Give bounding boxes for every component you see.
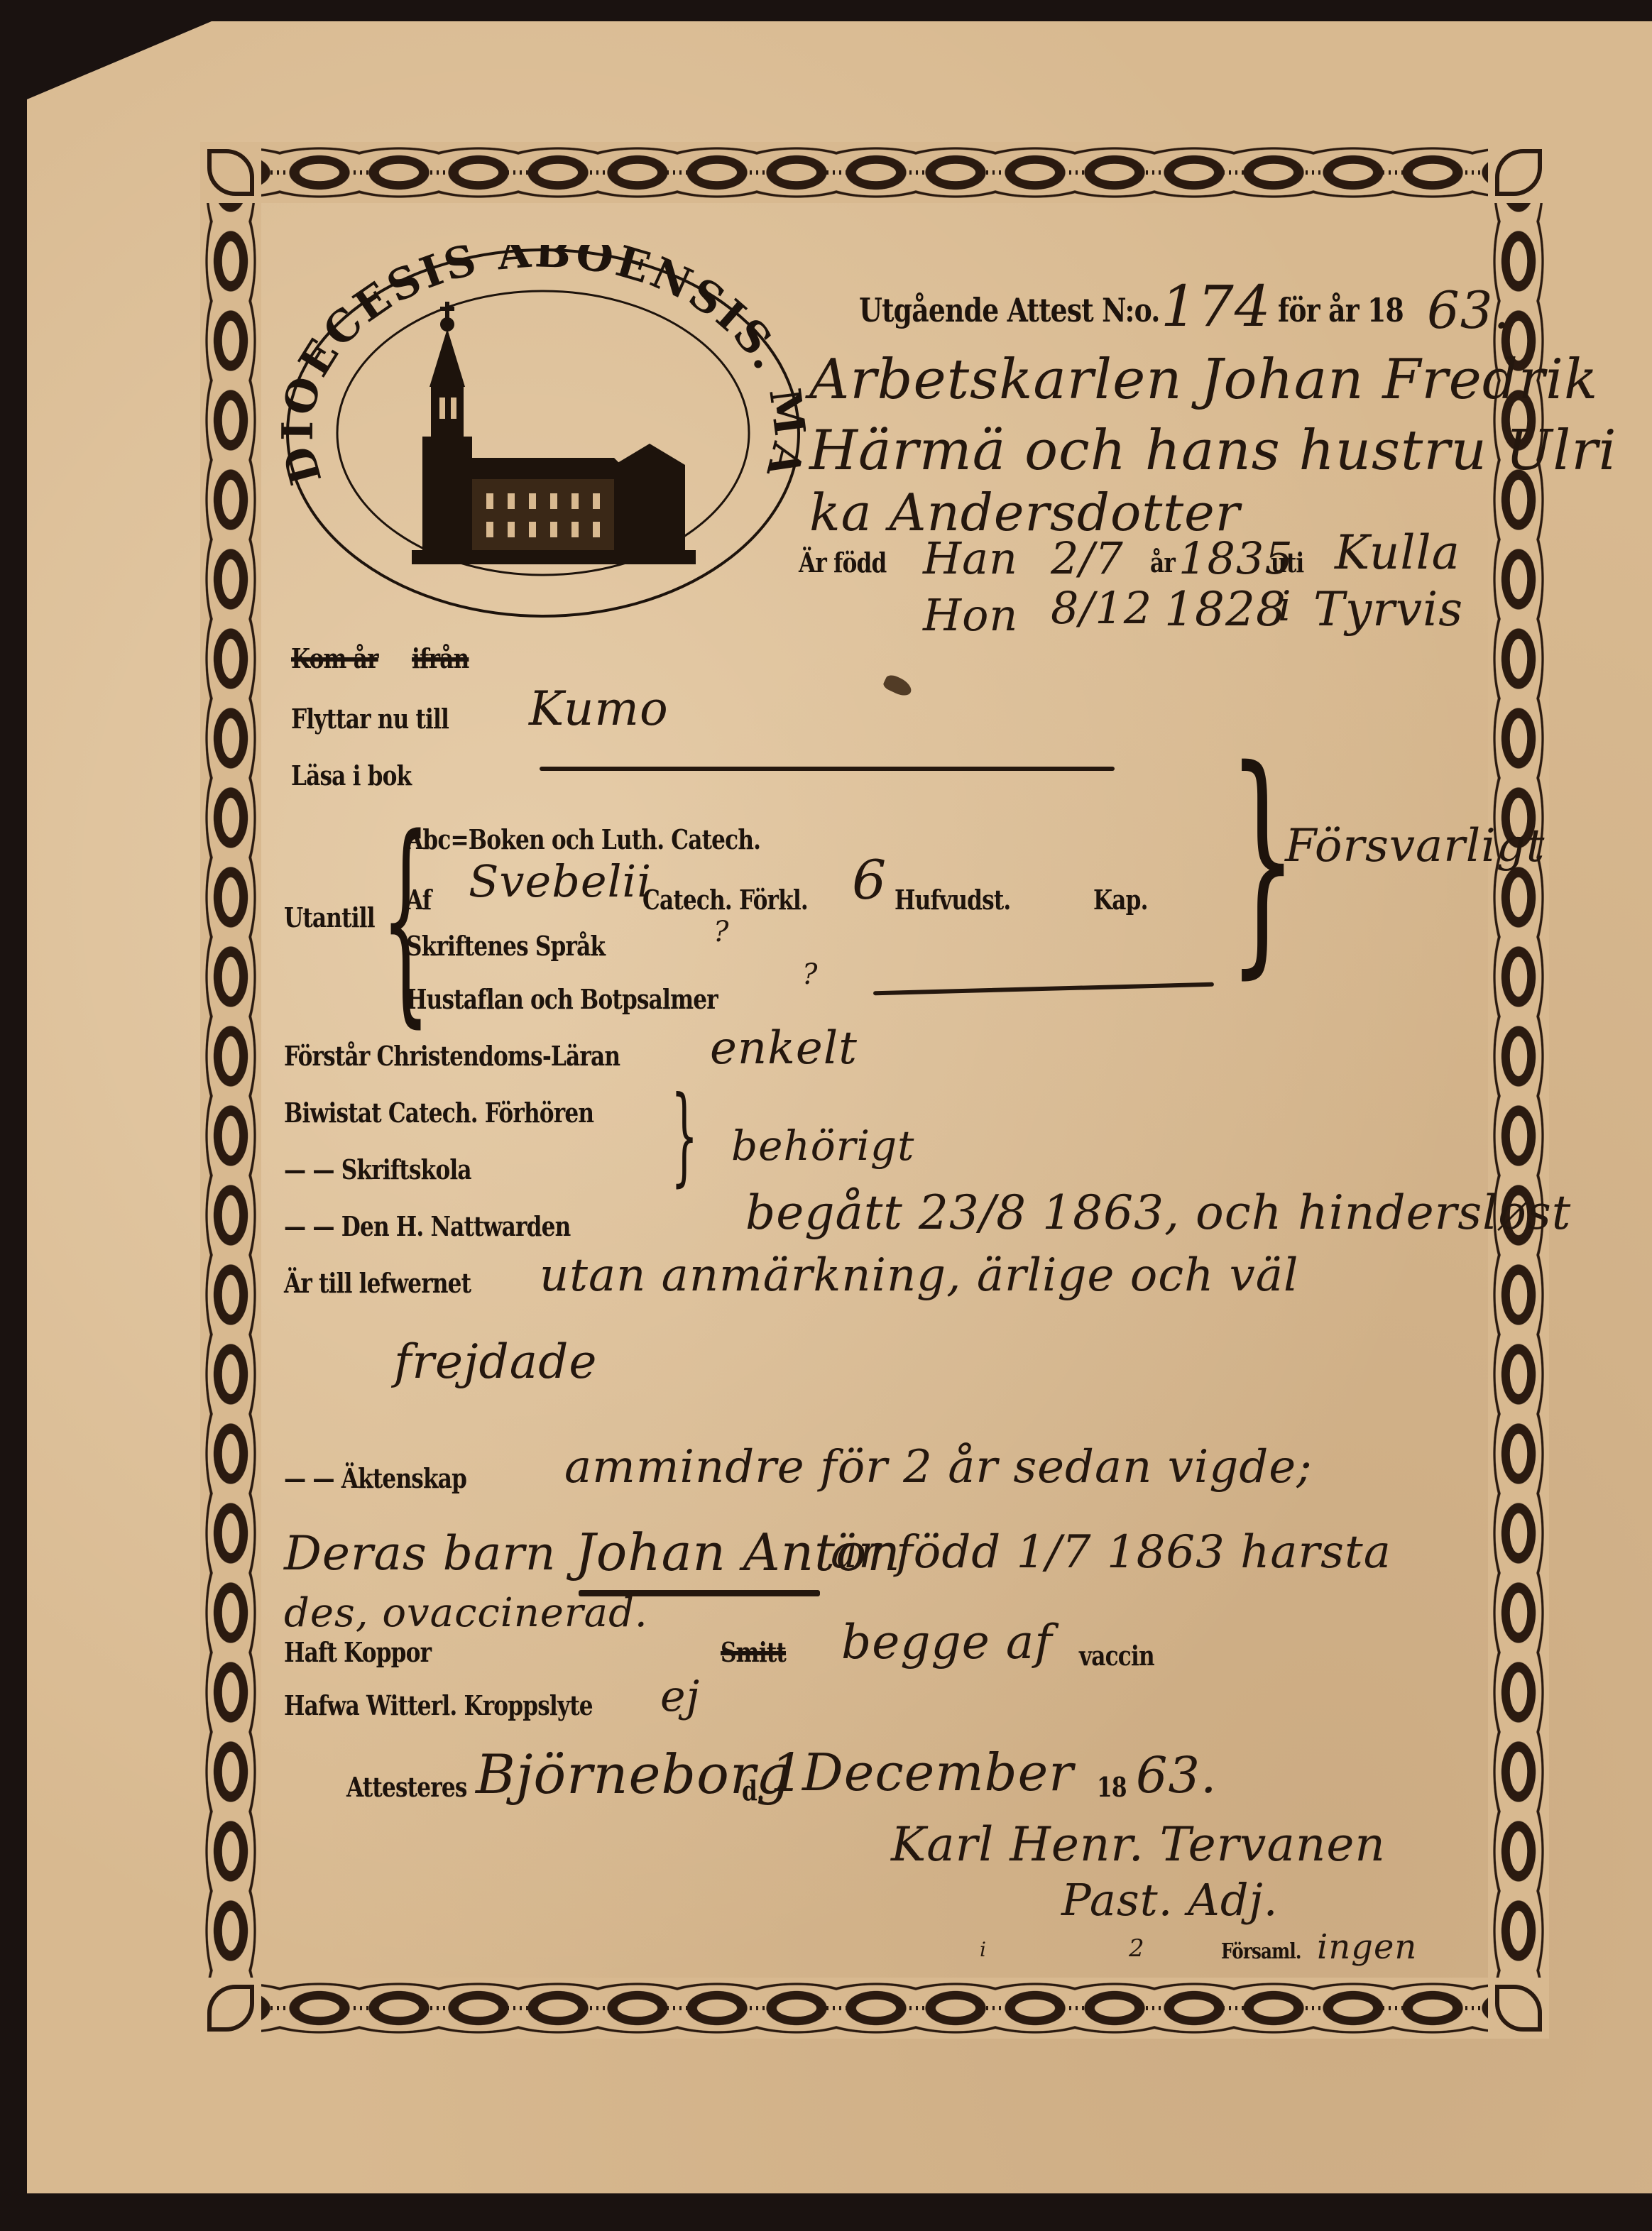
church-seal-icon: DIOECESIS ABOENSIS. MAGNI PRINC. FINL. bbox=[280, 245, 806, 621]
border-bottom bbox=[200, 1978, 1549, 2039]
lefwernet-value-2: frejdade bbox=[394, 1334, 597, 1389]
birth-place-label: uti bbox=[1271, 547, 1303, 579]
behorigt-value: behörigt bbox=[731, 1122, 914, 1170]
forsaml-value: ingen bbox=[1317, 1927, 1417, 1967]
flyttar-value: Kumo bbox=[529, 681, 669, 736]
attest-month: December bbox=[802, 1743, 1074, 1802]
biwistat-label: Biwistat Catech. Förhören bbox=[284, 1097, 593, 1129]
signature: Karl Henr. Tervanen bbox=[891, 1817, 1386, 1872]
utantill-label: Utantill bbox=[284, 901, 375, 933]
birth-he-date: 2/7 bbox=[1051, 532, 1124, 584]
svg-text:DIOECESIS ABOENSIS. MAGNI PRIN: DIOECESIS ABOENSIS. MAGNI PRINC. FINL. bbox=[280, 245, 806, 490]
attest-day-label: d. bbox=[742, 1775, 764, 1807]
attest-year-suffix: 63. bbox=[1136, 1746, 1217, 1804]
utantill-item-af: Af bbox=[406, 884, 431, 916]
lyte-value: ej bbox=[660, 1672, 700, 1721]
person-line-1: Arbetskarlen Johan Fredrik bbox=[809, 348, 1598, 412]
birth-year-label: år bbox=[1150, 547, 1175, 579]
birth-she-place: Tyrvis bbox=[1313, 582, 1463, 637]
barn-details: är född 1/7 1863 harsta bbox=[831, 1526, 1391, 1579]
border-corner-icon bbox=[200, 142, 261, 203]
utantill-item-abc: Abc=Boken och Luth. Catech. bbox=[406, 823, 760, 855]
question-mark: ? bbox=[713, 916, 728, 948]
hufvudst-value: 6 bbox=[852, 848, 887, 911]
kom-ar-label: Kom år bbox=[291, 642, 378, 674]
ifran-label: ifrån bbox=[412, 642, 469, 674]
diocese-seal: DIOECESIS ABOENSIS. MAGNI PRINC. FINL. bbox=[280, 245, 806, 621]
forstar-value: enkelt bbox=[710, 1022, 858, 1075]
forstar-label: Förstår Christendoms-Läran bbox=[284, 1040, 620, 1072]
barn-details-2: des, ovaccinerad. bbox=[284, 1590, 648, 1636]
person-line-2: Härmä och hans hustru Ulri bbox=[809, 419, 1617, 483]
person-line-3: ka Andersdotter bbox=[809, 483, 1240, 542]
birth-label: Är född bbox=[799, 547, 886, 579]
year-suffix: 63. bbox=[1427, 280, 1511, 340]
attest-number: 174 bbox=[1161, 273, 1271, 339]
birth-she-date: 8/12 bbox=[1051, 582, 1152, 634]
skriftskola-label: — — Skriftskola bbox=[284, 1153, 471, 1185]
hufvudst-label: Hufvudst. bbox=[895, 884, 1010, 916]
af-value: Svebelii bbox=[469, 855, 652, 907]
aktenskap-value: ammindre för 2 år sedan vigde; bbox=[564, 1441, 1313, 1493]
attest-year-prefix: 18 bbox=[1097, 1771, 1127, 1803]
utantill-result: Försvarligt bbox=[1285, 820, 1545, 872]
attesteres-label: Attesteres bbox=[346, 1771, 467, 1803]
koppor-value: begge af bbox=[841, 1615, 1053, 1670]
barn-prefix: Deras barn bbox=[284, 1526, 556, 1581]
lasa-label: Läsa i bok bbox=[291, 760, 411, 791]
year-label: för år 18 bbox=[1278, 291, 1404, 329]
nattwarden-value: begått 23/8 1863, och hindersløst bbox=[745, 1185, 1571, 1240]
birth-she-place-prefix: i bbox=[1278, 582, 1292, 630]
border-left bbox=[200, 142, 261, 2039]
nattwarden-label: — — Den H. Nattwarden bbox=[284, 1210, 570, 1242]
border-top bbox=[200, 142, 1549, 203]
birth-he-label: Han bbox=[923, 532, 1018, 584]
lasa-rule bbox=[540, 767, 1115, 771]
forsaml-mark-2: 2 bbox=[1129, 1934, 1144, 1963]
signature-title: Past. Adj. bbox=[1061, 1874, 1278, 1926]
flyttar-label: Flyttar nu till bbox=[291, 703, 449, 735]
lefwernet-value: utan anmärkning, ärlige och väl bbox=[540, 1249, 1298, 1302]
lefwernet-label: Är till lefwernet bbox=[284, 1267, 471, 1299]
birth-he-place: Kulla bbox=[1335, 525, 1460, 580]
utantill-item-hustaflan: Hustaflan och Botpsalmer bbox=[406, 983, 718, 1015]
birth-she-label: Hon bbox=[923, 589, 1018, 641]
question-mark: ? bbox=[802, 958, 817, 991]
smitt-label: Smitt bbox=[721, 1636, 786, 1668]
border-corner-icon bbox=[1488, 142, 1549, 203]
aktenskap-label: — — Äktenskap bbox=[284, 1462, 466, 1494]
attest-number-label: Utgående Attest N:o. bbox=[859, 291, 1160, 329]
koppor-label: Haft Koppor bbox=[284, 1636, 431, 1668]
utantill-item-skriftenes: Skriftenes Språk bbox=[406, 930, 605, 962]
border-corner-icon bbox=[1488, 1978, 1549, 2039]
forsaml-mark-1: i bbox=[980, 1938, 986, 1961]
border-corner-icon bbox=[200, 1978, 261, 2039]
birth-she-year: 1828 bbox=[1164, 582, 1286, 637]
kap-label: Kap. bbox=[1093, 884, 1148, 916]
attest-day: 1 bbox=[770, 1743, 804, 1804]
brace-small-icon: } bbox=[671, 1082, 698, 1189]
catech-forkl-label: Catech. Förkl. bbox=[642, 884, 808, 916]
forsaml-label: Församl. bbox=[1221, 1939, 1301, 1964]
lyte-label: Hafwa Witterl. Kroppslyte bbox=[284, 1689, 593, 1721]
vaccin-label: vaccin bbox=[1079, 1640, 1154, 1672]
